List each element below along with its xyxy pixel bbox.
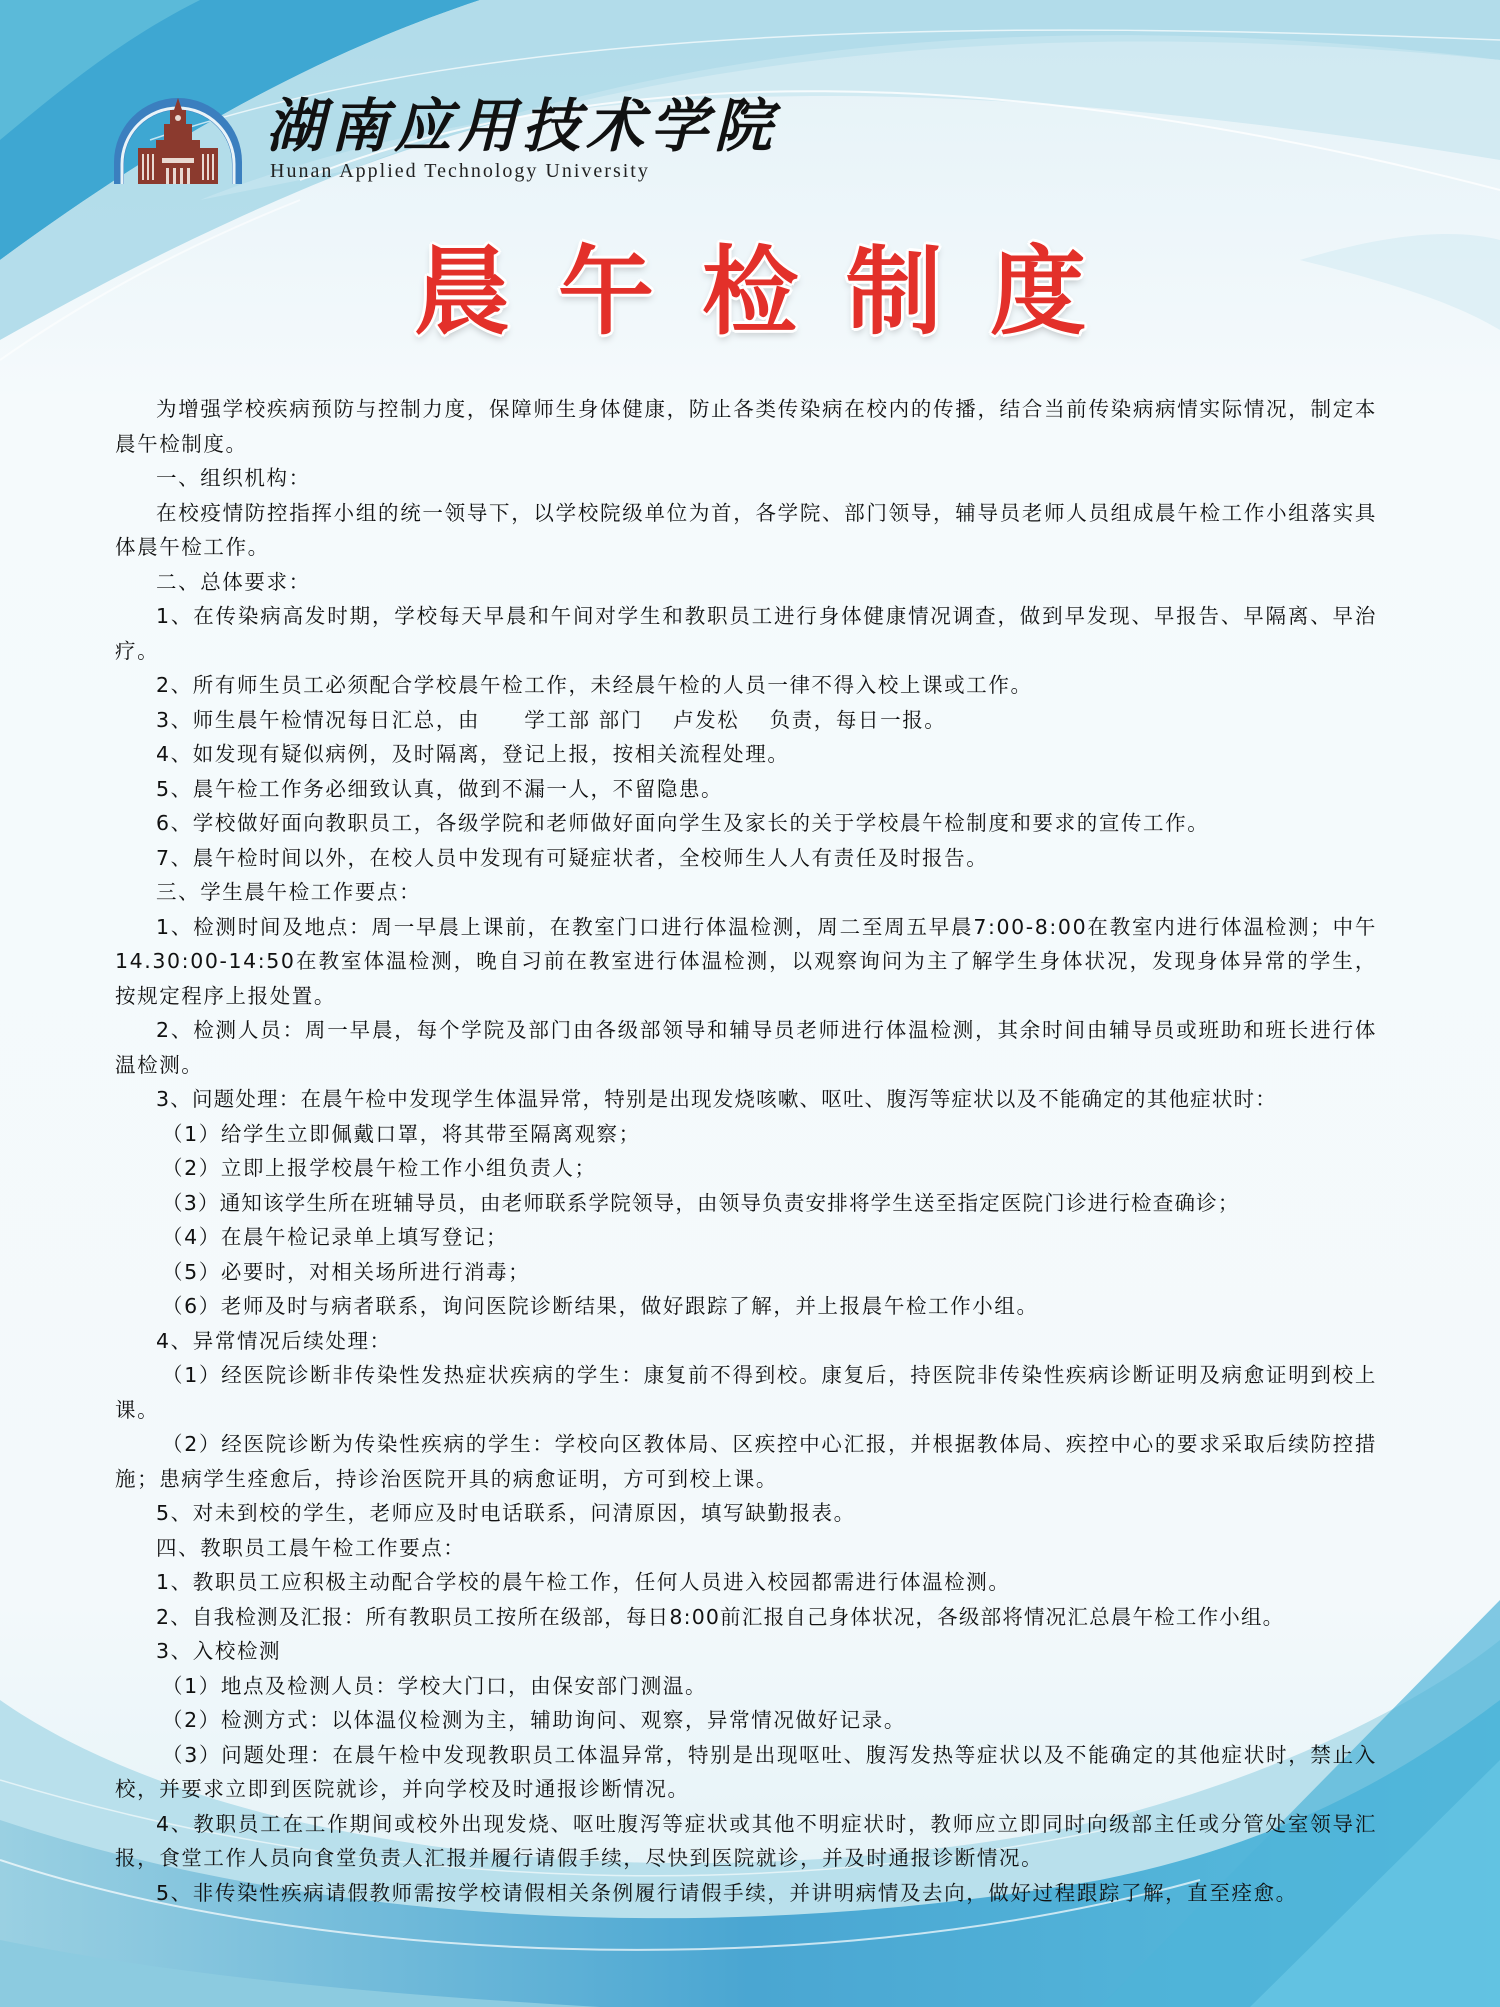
sub-list-item: （2）检测方式：以体温仪检测为主，辅助询问、观察，异常情况做好记录。 [115, 1703, 1377, 1738]
sub-list-item: （3）通知该学生所在班辅导员，由老师联系学院领导，由领导负责安排将学生送至指定医… [115, 1186, 1377, 1221]
list-item: 2、自我检测及汇报：所有教职员工按所在级部，每日8:00前汇报自己身体状况，各级… [115, 1600, 1377, 1635]
policy-document-body: 为增强学校疾病预防与控制力度，保障师生身体健康，防止各类传染病在校内的传播，结合… [115, 392, 1377, 1910]
school-name-english: Hunan Applied Technology University [270, 160, 650, 183]
sub-list-item: （6）老师及时与病者联系，询问医院诊断结果，做好跟踪了解，并上报晨午检工作小组。 [115, 1289, 1377, 1324]
section-heading: 一、组织机构： [115, 461, 1377, 496]
list-item: 1、检测时间及地点：周一早晨上课前，在教室门口进行体温检测，周二至周五早晨7:0… [115, 910, 1377, 1014]
list-item: 2、所有师生员工必须配合学校晨午检工作，未经晨午检的人员一律不得入校上课或工作。 [115, 668, 1377, 703]
section-heading: 三、学生晨午检工作要点： [115, 875, 1377, 910]
section-heading: 四、教职员工晨午检工作要点： [115, 1531, 1377, 1566]
list-item: 3、师生晨午检情况每日汇总，由 学工部 部门 卢发松 负责，每日一报。 [115, 703, 1377, 738]
paragraph: 在校疫情防控指挥小组的统一领导下，以学校院级单位为首，各学院、部门领导，辅导员老… [115, 496, 1377, 565]
sub-list-item: （2）立即上报学校晨午检工作小组负责人； [115, 1151, 1377, 1186]
sub-list-item: （3）问题处理：在晨午检中发现教职员工体温异常，特别是出现呕吐、腹泻发热等症状以… [115, 1738, 1377, 1807]
university-building-emblem-icon [108, 92, 248, 184]
university-logo [108, 92, 248, 184]
list-item: 7、晨午检时间以外，在校人员中发现有可疑症状者，全校师生人人有责任及时报告。 [115, 841, 1377, 876]
page-title: 晨午检制度 [0, 232, 1500, 352]
school-name-chinese: 湖南应用技术学院 [266, 94, 778, 158]
list-item: 4、如发现有疑似病例，及时隔离，登记上报，按相关流程处理。 [115, 737, 1377, 772]
sub-list-item: （1）给学生立即佩戴口罩，将其带至隔离观察； [115, 1117, 1377, 1152]
list-item: 1、在传染病高发时期，学校每天早晨和午间对学生和教职员工进行身体健康情况调查，做… [115, 599, 1377, 668]
list-item: 3、问题处理：在晨午检中发现学生体温异常，特别是出现发烧咳嗽、呕吐、腹泻等症状以… [115, 1082, 1377, 1117]
sub-list-item: （1）地点及检测人员：学校大门口，由保安部门测温。 [115, 1669, 1377, 1704]
sub-list-item: （4）在晨午检记录单上填写登记； [115, 1220, 1377, 1255]
list-item: 5、对未到校的学生，老师应及时电话联系，问清原因，填写缺勤报表。 [115, 1496, 1377, 1531]
list-item: 1、教职员工应积极主动配合学校的晨午检工作，任何人员进入校园都需进行体温检测。 [115, 1565, 1377, 1600]
list-item: 4、异常情况后续处理： [115, 1324, 1377, 1359]
sub-list-item: （1）经医院诊断非传染性发热症状疾病的学生：康复前不得到校。康复后，持医院非传染… [115, 1358, 1377, 1427]
sub-list-item: （5）必要时，对相关场所进行消毒； [115, 1255, 1377, 1290]
list-item: 3、入校检测 [115, 1634, 1377, 1669]
list-item: 5、非传染性疾病请假教师需按学校请假相关条例履行请假手续，并讲明病情及去向，做好… [115, 1876, 1377, 1911]
list-item: 6、学校做好面向教职员工，各级学院和老师做好面向学生及家长的关于学校晨午检制度和… [115, 806, 1377, 841]
list-item: 4、教职员工在工作期间或校外出现发烧、呕吐腹泻等症状或其他不明症状时，教师应立即… [115, 1807, 1377, 1876]
school-header: 湖南应用技术学院 Hunan Applied Technology Univer… [108, 92, 748, 192]
list-item: 5、晨午检工作务必细致认真，做到不漏一人，不留隐患。 [115, 772, 1377, 807]
sub-list-item: （2）经医院诊断为传染性疾病的学生：学校向区教体局、区疾控中心汇报，并根据教体局… [115, 1427, 1377, 1496]
list-item: 2、检测人员：周一早晨，每个学院及部门由各级部领导和辅导员老师进行体温检测，其余… [115, 1013, 1377, 1082]
intro-paragraph: 为增强学校疾病预防与控制力度，保障师生身体健康，防止各类传染病在校内的传播，结合… [115, 392, 1377, 461]
section-heading: 二、总体要求： [115, 565, 1377, 600]
